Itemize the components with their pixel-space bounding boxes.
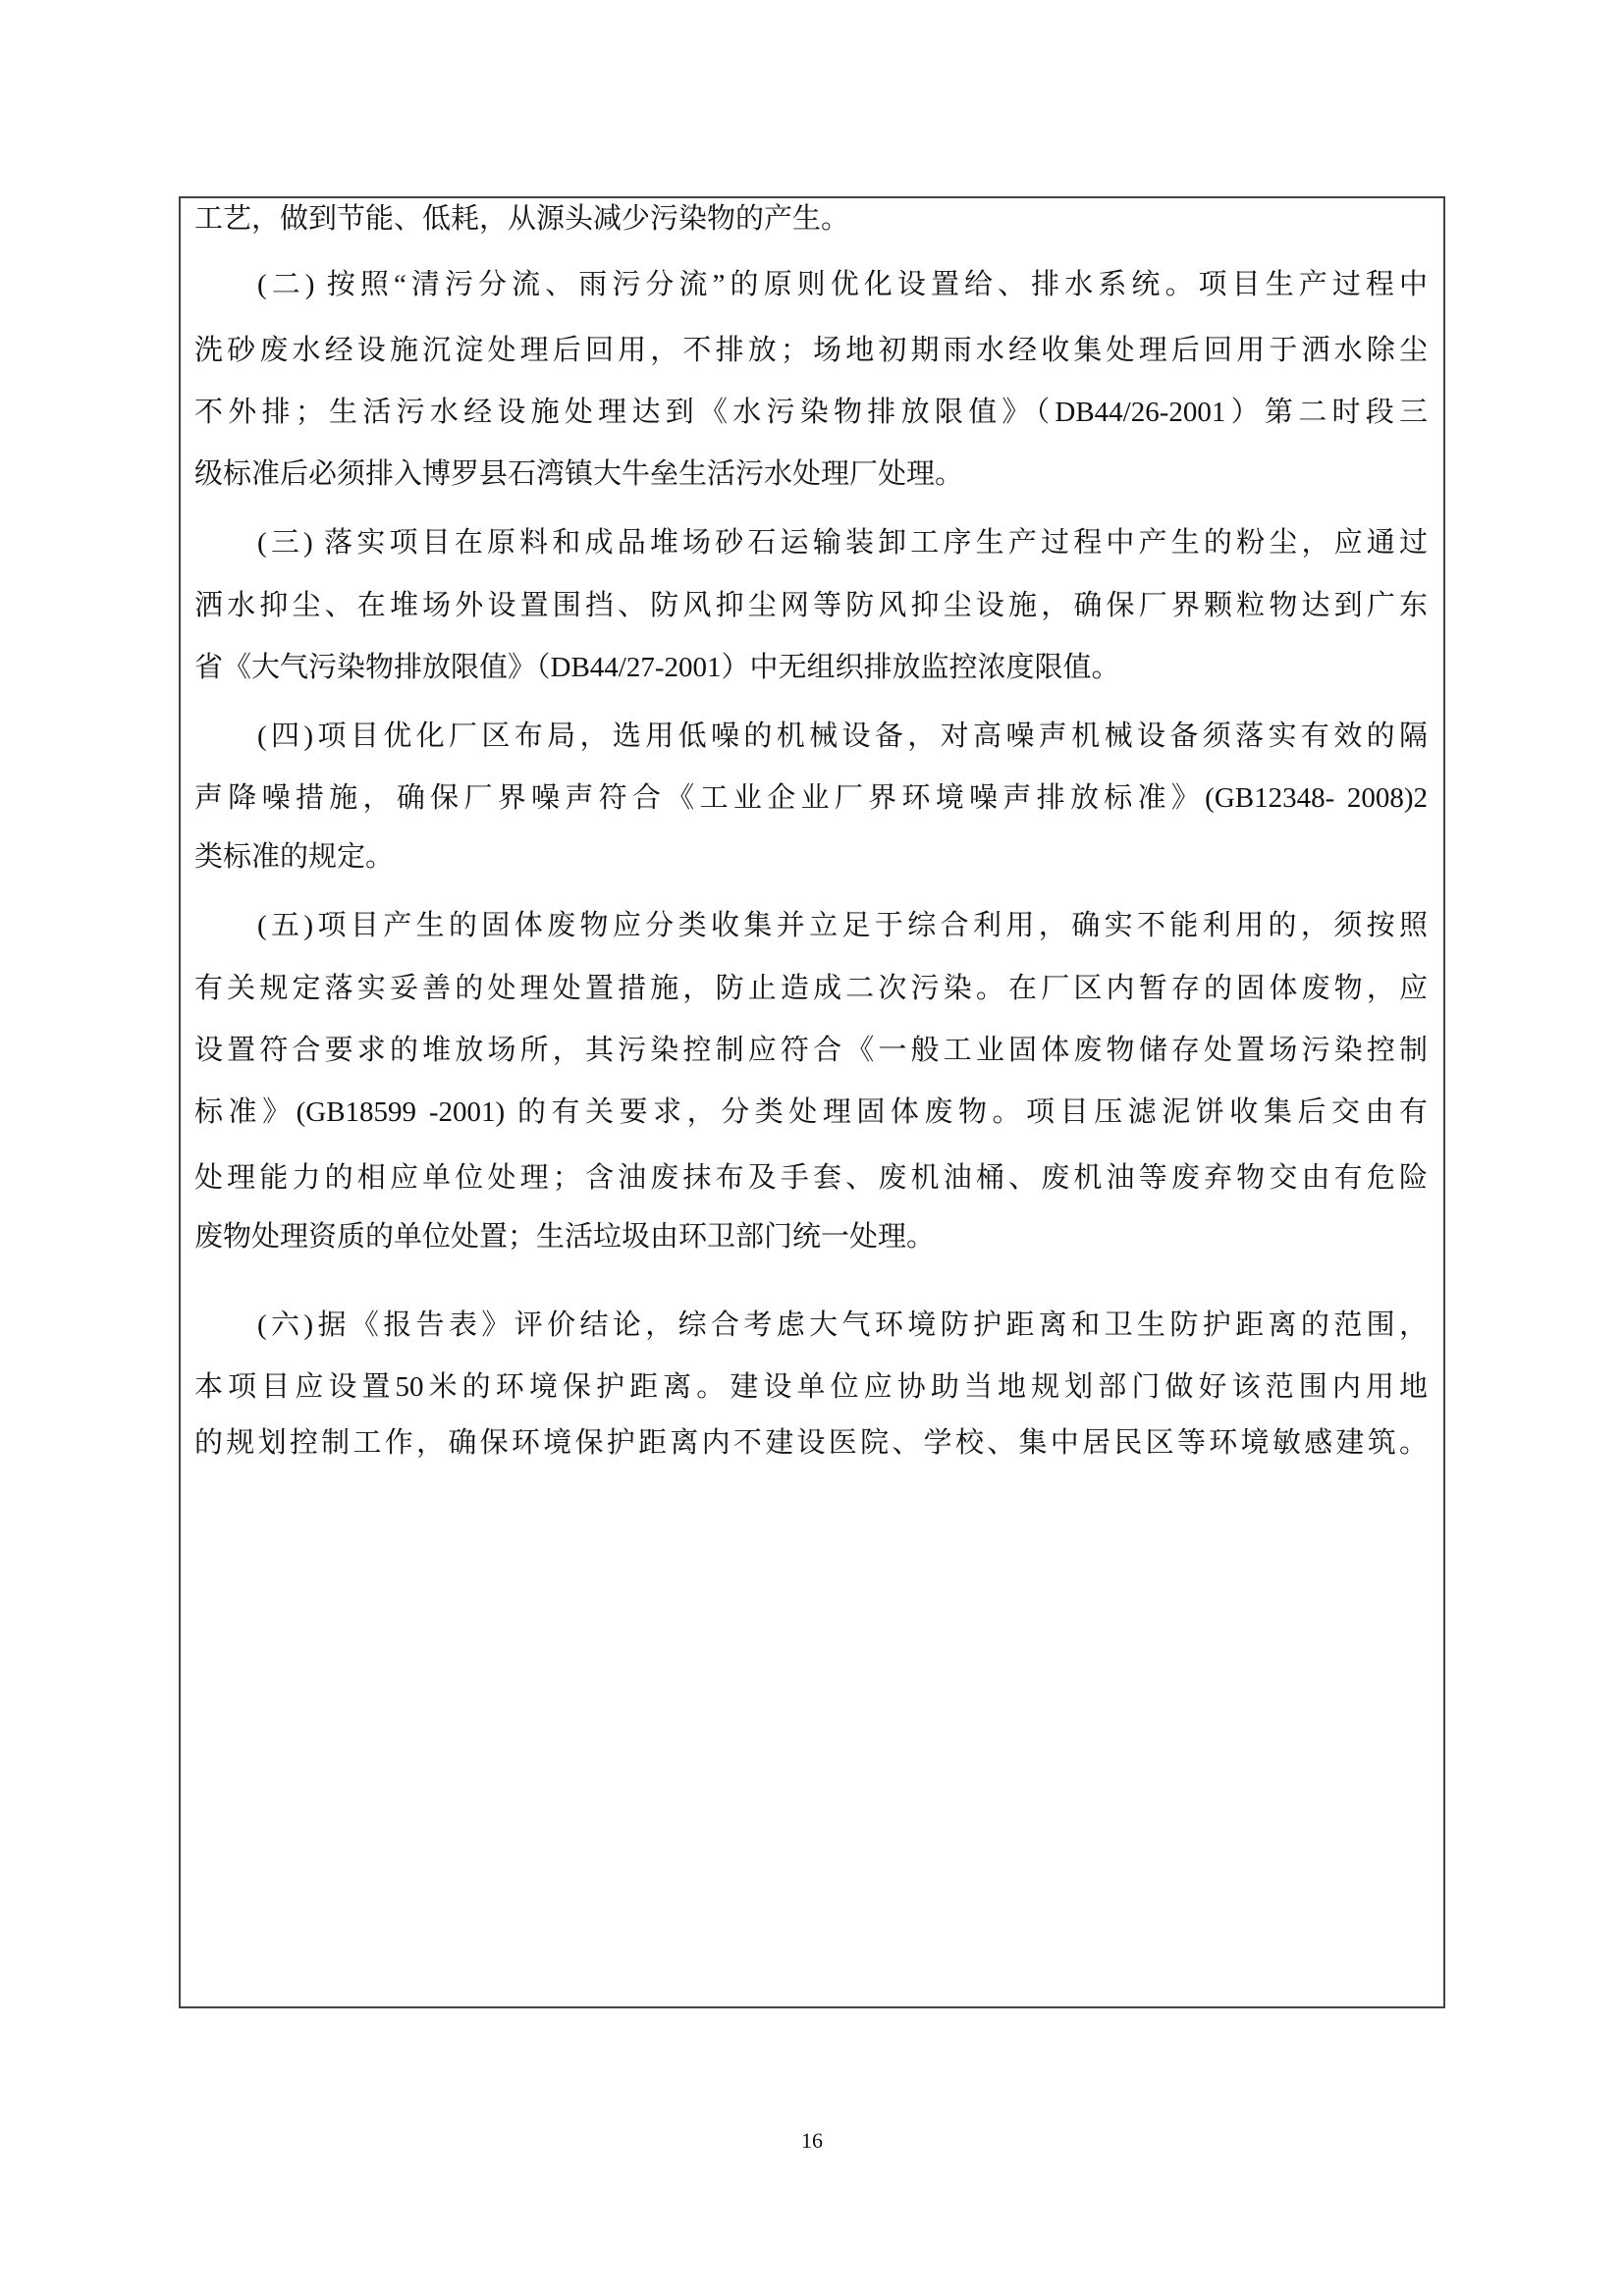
paragraph-6-line-1: (六)据《报告表》评价结论，综合考虑大气环境防护距离和卫生防护距离的范围， xyxy=(257,1306,1428,1345)
paragraph-3-line-1: (三) 落实项目在原料和成品堆场砂石运输装卸工序生产过程中产生的粉尘，应通过 xyxy=(257,523,1428,562)
paragraph-6-line-3: 的规划控制工作，确保环境保护距离内不建设医院、学校、集中居民区等环境敏感建筑。 xyxy=(194,1423,1428,1463)
paragraph-5-line-6: 废物处理资质的单位处置；生活垃圾由环卫部门统一处理。 xyxy=(194,1217,1428,1256)
paragraph-4-line-3: 类标准的规定。 xyxy=(194,837,1428,877)
paragraph-2-line-1: (二) 按照“清污分流、雨污分流”的原则优化设置给、排水系统。项目生产过程中 xyxy=(257,265,1428,304)
paragraph-5-line-2: 有关规定落实妥善的处理处置措施，防止造成二次污染。在厂区内暂存的固体废物，应 xyxy=(194,969,1428,1008)
paragraph-5-line-5: 处理能力的相应单位处理；含油废抹布及手套、废机油桶、废机油等废弃物交由有危险 xyxy=(194,1158,1428,1198)
paragraph-2-line-4: 级标准后必须排入博罗县石湾镇大牛垒生活污水处理厂处理。 xyxy=(194,454,1428,494)
paragraph-4-line-1: (四)项目优化厂区布局，选用低噪的机械设备，对高噪声机械设备须落实有效的隔 xyxy=(257,717,1428,756)
paragraph-3-line-2: 洒水抑尘、在堆场外设置围挡、防风抑尘网等防风抑尘设施，确保厂界颗粒物达到广东 xyxy=(194,586,1428,625)
paragraph-2-line-3: 不外排；生活污水经设施处理达到《水污染物排放限值》（DB44/26-2001）第… xyxy=(194,393,1428,432)
paragraph-3-line-3: 省《大气污染物排放限值》（DB44/27-2001）中无组织排放监控浓度限值。 xyxy=(194,648,1428,687)
page-number: 16 xyxy=(763,2126,861,2156)
paragraph-5-line-1: (五)项目产生的固体废物应分类收集并立足于综合利用，确实不能利用的，须按照 xyxy=(257,906,1428,945)
paragraph-6-line-2: 本项目应设置50米的环境保护距离。建设单位应协助当地规划部门做好该范围内用地 xyxy=(194,1367,1428,1407)
paragraph-5-line-3: 设置符合要求的堆放场所，其污染控制应符合《一般工业固体废物储存处置场污染控制 xyxy=(194,1031,1428,1070)
paragraph-2-line-2: 洗砂废水经设施沉淀处理后回用，不排放；场地初期雨水经收集处理后回用于洒水除尘 xyxy=(194,331,1428,370)
paragraph-4-line-2: 声降噪措施，确保厂界噪声符合《工业企业厂界环境噪声排放标准》(GB12348- … xyxy=(194,778,1428,818)
paragraph-1-line-1: 工艺，做到节能、低耗，从源头减少污染物的产生。 xyxy=(194,199,1428,239)
paragraph-5-line-4: 标准》(GB18599 -2001) 的有关要求，分类处理固体废物。项目压滤泥饼… xyxy=(194,1093,1428,1132)
